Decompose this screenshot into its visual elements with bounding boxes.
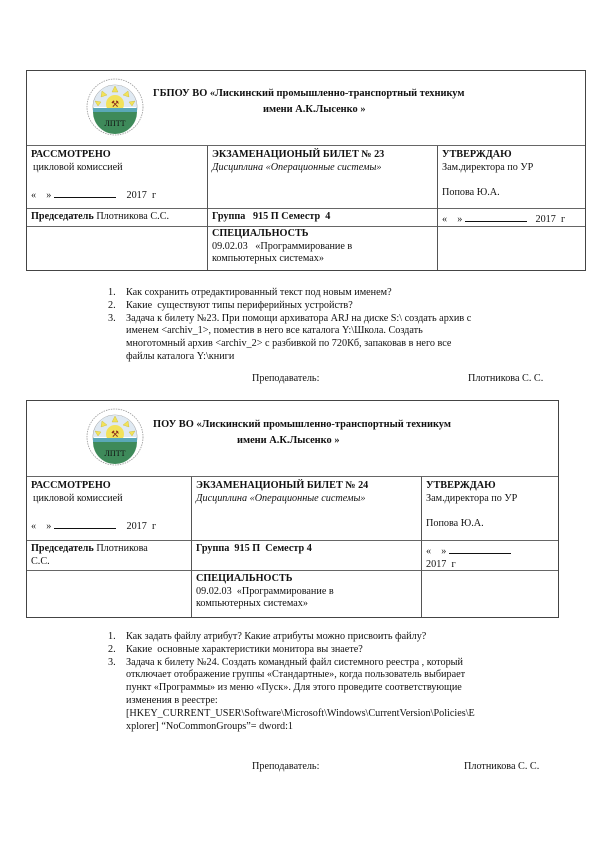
date-year: 2017 г bbox=[126, 190, 156, 201]
date-blank-line bbox=[54, 187, 116, 198]
date-blank-line bbox=[465, 211, 527, 222]
svg-text:⚒: ⚒ bbox=[111, 429, 119, 439]
exam-cell: ЭКЗАМЕНАЦИОНЫЙ БИЛЕТ № 23 Дисциплина «Оп… bbox=[208, 148, 437, 208]
ticket-24-table: ⚒ ЛПТТ ПОУ ВО «Лискинский промышленно-тр… bbox=[26, 400, 559, 618]
question-item: 3. Задача к билету №24. Создать командны… bbox=[108, 657, 578, 734]
question-text-line: отключает отображение группы «Стандартны… bbox=[126, 669, 578, 682]
row-divider bbox=[27, 540, 558, 541]
org-line-2: имени А.К.Лысенко » bbox=[153, 433, 513, 449]
date-year: 2017 г bbox=[426, 559, 555, 570]
question-text-line: Задача к билету №23. При помощи архивато… bbox=[126, 313, 578, 326]
approved-cell: УТВЕРЖДАЮ Зам.директора по УР Попова Ю.А… bbox=[422, 479, 559, 540]
row-divider bbox=[27, 570, 558, 571]
date-blank-line bbox=[54, 518, 116, 529]
approver-name: Попова Ю.А. bbox=[426, 518, 555, 531]
approved-title: УТВЕРЖДАЮ bbox=[442, 149, 582, 162]
specialty-cell: СПЕЦИАЛЬНОСТЬ 09.02.03 «Программирование… bbox=[208, 227, 437, 271]
question-text: Какие основные характеристики монитора в… bbox=[126, 644, 363, 655]
chair-name: Плотникова bbox=[96, 543, 147, 554]
ticket-header: ⚒ ЛПТТ ПОУ ВО «Лискинский промышленно-тр… bbox=[27, 401, 558, 477]
reviewed-title: РАССМОТРЕНО bbox=[31, 480, 187, 493]
question-item: 1.Как задать файлу атрибут? Какие атрибу… bbox=[108, 631, 578, 644]
question-number: 1. bbox=[108, 287, 116, 300]
chair-name: Плотникова С.С. bbox=[96, 211, 169, 222]
question-text: Как задать файлу атрибут? Какие атрибуты… bbox=[126, 631, 426, 642]
approved-cell: УТВЕРЖДАЮ Зам.директора по УР Попова Ю.А… bbox=[438, 148, 586, 208]
svg-text:ЛПТТ: ЛПТТ bbox=[105, 119, 126, 128]
chair-initials: С.С. bbox=[31, 556, 187, 569]
ticket-24-questions: 1.Как задать файлу атрибут? Какие атрибу… bbox=[108, 631, 578, 733]
chair-label: Председатель bbox=[31, 211, 94, 222]
discipline-label: Дисциплина «Операционные системы» bbox=[196, 493, 417, 506]
reviewed-title: РАССМОТРЕНО bbox=[31, 149, 203, 162]
question-item: 3. Задача к билету №23. При помощи архив… bbox=[108, 313, 578, 364]
teacher-name: Плотникова С. С. bbox=[464, 761, 539, 774]
date-quotes: « » bbox=[31, 190, 51, 201]
specialty-label: СПЕЦИАЛЬНОСТЬ bbox=[212, 228, 433, 241]
question-text: Как сохранить отредактированный текст по… bbox=[126, 287, 392, 298]
approver-name: Попова Ю.А. bbox=[442, 187, 582, 200]
reviewed-date: « » 2017 г bbox=[31, 187, 203, 203]
question-number: 3. bbox=[108, 313, 116, 326]
question-text-line: именем <archiv_1>, поместив в него все к… bbox=[126, 325, 578, 338]
org-line-1: ПОУ ВО «Лискинский промышленно-транспорт… bbox=[153, 417, 513, 433]
question-text-line: пункт «Программы» из меню «Пуск». Для эт… bbox=[126, 682, 578, 695]
exam-cell: ЭКЗАМЕНАЦИОНЫЙ БИЛЕТ № 24 Дисциплина «Оп… bbox=[192, 479, 421, 540]
org-line-2: имени А.К.Лысенко » bbox=[153, 102, 513, 118]
question-number: 2. bbox=[108, 300, 116, 313]
organization-name: ГБПОУ ВО «Лискинский промышленно-транспо… bbox=[153, 86, 513, 118]
question-number: 2. bbox=[108, 644, 116, 657]
ticket-title: ЭКЗАМЕНАЦИОНЫЙ БИЛЕТ № 23 bbox=[212, 149, 433, 162]
org-line-1: ГБПОУ ВО «Лискинский промышленно-транспо… bbox=[153, 86, 513, 102]
specialty-code: 09.02.03 «Программирование в bbox=[196, 586, 417, 599]
question-item: 2.Какие основные характеристики монитора… bbox=[108, 644, 578, 657]
chair-cell: Председатель Плотникова С.С. bbox=[27, 210, 207, 226]
approver-position: Зам.директора по УР bbox=[426, 493, 555, 506]
svg-text:⚒: ⚒ bbox=[111, 99, 119, 109]
specialty-label: СПЕЦИАЛЬНОСТЬ bbox=[196, 573, 417, 586]
question-text-line: файлы каталога Y:\книги bbox=[126, 351, 578, 364]
group-semester: Группа 915 П Семестр 4 bbox=[208, 210, 437, 226]
group-semester: Группа 915 П Семестр 4 bbox=[192, 542, 421, 570]
specialty-name: компьютерных системах» bbox=[212, 253, 433, 266]
reviewed-date: « » 2017 г bbox=[31, 518, 187, 534]
question-item: 1.Как сохранить отредактированный текст … bbox=[108, 287, 578, 300]
approved-title: УТВЕРЖДАЮ bbox=[426, 480, 555, 493]
ticket-23-table: ⚒ ЛПТТ ГБПОУ ВО «Лискинский промышленно-… bbox=[26, 70, 586, 271]
date-year: 2017 г bbox=[126, 521, 156, 532]
date-quotes: « » bbox=[442, 214, 462, 225]
discipline-label: Дисциплина «Операционные системы» bbox=[212, 162, 433, 175]
svg-text:ЛПТТ: ЛПТТ bbox=[105, 449, 126, 458]
question-number: 3. bbox=[108, 657, 116, 670]
teacher-name: Плотникова С. С. bbox=[468, 373, 543, 386]
date-year: 2017 г bbox=[535, 214, 565, 225]
teacher-label: Преподаватель: bbox=[252, 373, 319, 386]
committee-label: цикловой комиссией bbox=[31, 162, 203, 175]
date-quotes: « » bbox=[31, 521, 51, 532]
date-blank-line bbox=[449, 543, 511, 554]
question-text-line: многотомный архив <archiv_2> с разбивкой… bbox=[126, 338, 578, 351]
question-text-line: xplorer] “NoCommonGroups”= dword:1 bbox=[126, 721, 578, 734]
specialty-code: 09.02.03 «Программирование в bbox=[212, 241, 433, 254]
approver-position: Зам.директора по УР bbox=[442, 162, 582, 175]
question-text: Какие существуют типы периферийных устро… bbox=[126, 300, 353, 311]
date-quotes: « » bbox=[426, 546, 446, 557]
specialty-name: компьютерных системах» bbox=[196, 598, 417, 611]
question-number: 1. bbox=[108, 631, 116, 644]
committee-label: цикловой комиссией bbox=[31, 493, 187, 506]
organization-name: ПОУ ВО «Лискинский промышленно-транспорт… bbox=[153, 417, 513, 449]
row-divider bbox=[27, 208, 585, 209]
ticket-header: ⚒ ЛПТТ ГБПОУ ВО «Лискинский промышленно-… bbox=[27, 71, 585, 146]
approved-date: « » 2017 г bbox=[422, 542, 559, 570]
question-text-line: Задача к билету №24. Создать командный ф… bbox=[126, 657, 578, 670]
college-emblem-icon: ⚒ ЛПТТ bbox=[85, 77, 145, 137]
reviewed-cell: РАССМОТРЕНО цикловой комиссией « » 2017 … bbox=[27, 148, 207, 208]
question-item: 2.Какие существуют типы периферийных уст… bbox=[108, 300, 578, 313]
ticket-title: ЭКЗАМЕНАЦИОНЫЙ БИЛЕТ № 24 bbox=[196, 480, 417, 493]
chair-label: Председатель bbox=[31, 543, 94, 554]
college-emblem-icon: ⚒ ЛПТТ bbox=[85, 407, 145, 467]
question-text-line: изменения в реестре: bbox=[126, 695, 578, 708]
question-text-line: [HKEY_CURRENT_USER\Software\Microsoft\Wi… bbox=[126, 708, 578, 721]
approved-date: « » 2017 г bbox=[438, 210, 586, 226]
reviewed-cell: РАССМОТРЕНО цикловой комиссией « » 2017 … bbox=[27, 479, 191, 540]
specialty-cell: СПЕЦИАЛЬНОСТЬ 09.02.03 «Программирование… bbox=[192, 572, 421, 618]
ticket-23-questions: 1.Как сохранить отредактированный текст … bbox=[108, 287, 578, 364]
teacher-label: Преподаватель: bbox=[252, 761, 319, 774]
chair-cell: Председатель Плотникова С.С. bbox=[27, 542, 191, 570]
